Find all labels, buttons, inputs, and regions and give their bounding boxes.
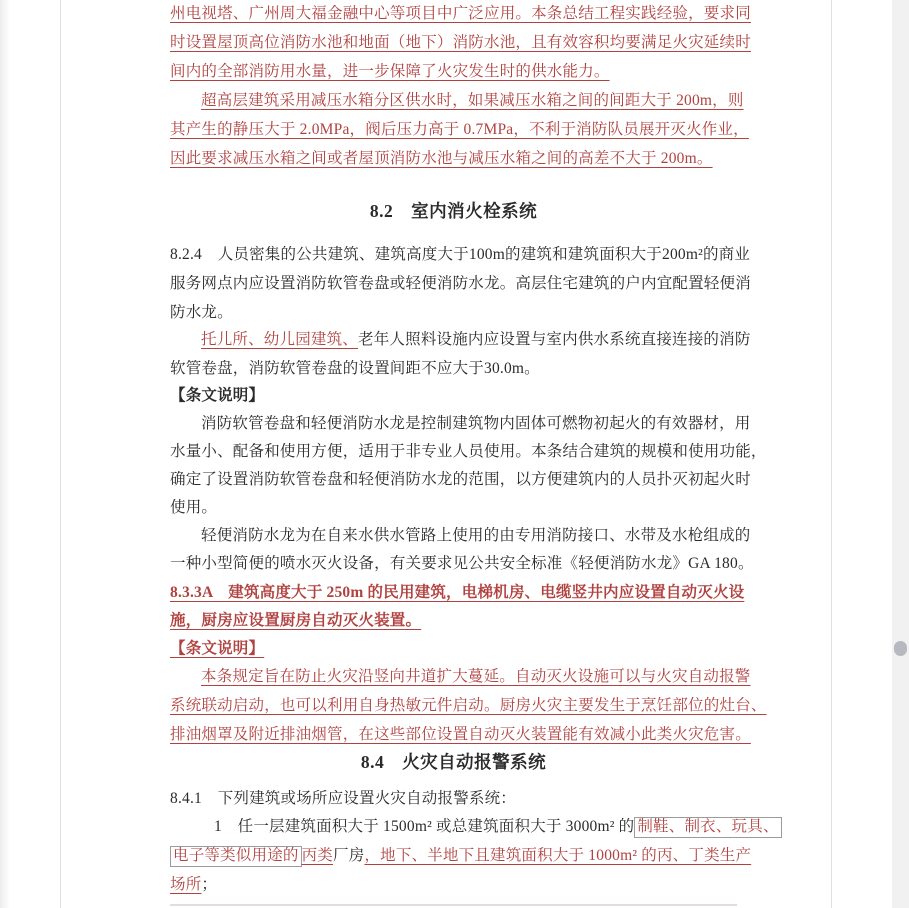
doc-line: 8.3.3A 建筑高度大于 250m 的民用建筑，电梯机房、电缆竖井内应设置自动… (170, 582, 744, 604)
doc-line: 轻便消防水龙为在自来水供水管路上使用的由专用消防接口、水带及水枪组成的 (170, 525, 751, 547)
doc-line: 8.4.1 下列建筑或场所应设置火灾自动报警系统： (170, 788, 516, 810)
body-text: 服务网点内应设置消防软管卷盘或轻便消防水龙。高层住宅建筑的户内宜配置轻便消 (170, 275, 751, 292)
body-text: 轻便消防水龙为在自来水供水管路上使用的由专用消防接口、水带及水枪组成的 (201, 527, 751, 544)
revision-red-text: 施，厨房应设置厨房自动灭火装置。 (170, 612, 421, 629)
doc-line: 【条文说明】 (170, 638, 264, 660)
revision-red-text: 时设置屋顶高位消防水池和地面（地下）消防水池，且有效容积均要满足火灾延续时 (170, 34, 751, 51)
doc-line: 一种小型简便的喷水灭火设备，有关要求见公共安全标准《轻便消防水龙》GA 180。 (170, 553, 754, 575)
doc-line: 1 任一层建筑面积大于 1500m² 或总建筑面积大于 3000m² 的制鞋、制… (170, 816, 782, 838)
doc-line: 8.2 室内消火栓系统 (170, 200, 737, 222)
scrollbar-thumb[interactable] (894, 641, 907, 656)
body-text: 8.2.4 人员密集的公共建筑、建筑高度大于100m的建筑和建筑面积大于200m… (170, 246, 750, 263)
revision-red-text: 间内的全部消防用水量，进一步保障了火灾发生时的供水能力。 (170, 63, 610, 80)
revision-red-text: 州电视塔、广州周大福金融中心等项目中广泛应用。本条总结工程实践经验，要求同 (170, 5, 751, 22)
body-text: ； (201, 876, 217, 893)
body-text: 8.4.1 下列建筑或场所应设置火灾自动报警系统： (170, 790, 516, 807)
doc-line: 服务网点内应设置消防软管卷盘或轻便消防水龙。高层住宅建筑的户内宜配置轻便消 (170, 273, 751, 295)
revision-red-text: 系统联动启动，也可以利用自身热敏元件启动。厨房火灾主要发生于烹饪部位的灶台、 (170, 697, 767, 714)
revision-red-text: 场所 (170, 876, 201, 893)
body-text: 8.2 室内消火栓系统 (370, 201, 537, 221)
doc-line: 电子等类似用途的丙类厂房，地下、半地下且建筑面积大于 1000m² 的丙、丁类生… (170, 845, 751, 867)
doc-line: 防水龙。 (170, 302, 233, 324)
body-text: 使用。 (170, 499, 217, 516)
revision-red-text: 排油烟罩及附近排油烟管，在这些部位设置自动灭火装置能有效减小此类火灾危害。 (170, 726, 751, 743)
doc-line: 本条规定旨在防止火灾沿竖向井道扩大蔓延。自动灭火设施可以与火灾自动报警 (170, 666, 751, 688)
doc-line: 间内的全部消防用水量，进一步保障了火灾发生时的供水能力。 (170, 61, 610, 83)
document-page: 州电视塔、广州周大福金融中心等项目中广泛应用。本条总结工程实践经验，要求同时设置… (170, 0, 737, 908)
body-text: 厂房 (333, 847, 364, 864)
doc-line: 8.2.4 人员密集的公共建筑、建筑高度大于100m的建筑和建筑面积大于200m… (170, 244, 750, 266)
page-left-edge-line (60, 0, 61, 908)
body-text: 消防软管卷盘和轻便消防水龙是控制建筑物内固体可燃物初起火的有效器材，用 (201, 415, 751, 432)
revision-boxed-text: 制鞋、制衣、玩具、 (634, 817, 781, 838)
body-text: 一种小型简便的喷水灭火设备，有关要求见公共安全标准《轻便消防水龙》GA 180。 (170, 555, 754, 572)
doc-line: 8.4 火灾自动报警系统 (170, 751, 737, 773)
doc-line: 施，厨房应设置厨房自动灭火装置。 (170, 610, 421, 632)
doc-line: 超高层建筑采用减压水箱分区供水时，如果减压水箱之间的间距大于 200m，则 (170, 90, 744, 112)
revision-red-text: 托儿所、幼儿园建筑、 (201, 331, 358, 348)
revision-red-text: 其产生的静压大于 2.0MPa，阀后压力高于 0.7MPa，不利于消防队员展开灭… (170, 121, 749, 138)
scrollbar-track[interactable] (892, 0, 909, 908)
body-text: 水量小、配备和使用方便，适用于非专业人员使用。本条结合建筑的规模和使用功能， (170, 443, 767, 460)
doc-line: 使用。 (170, 497, 217, 519)
doc-line: 时设置屋顶高位消防水池和地面（地下）消防水池，且有效容积均要满足火灾延续时 (170, 32, 751, 54)
doc-line: 系统联动启动，也可以利用自身热敏元件启动。厨房火灾主要发生于烹饪部位的灶台、 (170, 695, 767, 717)
revision-red-text: 超高层建筑采用减压水箱分区供水时，如果减压水箱之间的间距大于 200m，则 (201, 92, 744, 109)
revision-boxed-text: 电子等类似用途的 (170, 846, 302, 867)
body-text: 8.4 火灾自动报警系统 (361, 752, 546, 772)
doc-line: 场所； (170, 874, 217, 896)
body-text: 防水龙。 (170, 304, 233, 321)
doc-line: 州电视塔、广州周大福金融中心等项目中广泛应用。本条总结工程实践经验，要求同 (170, 3, 751, 25)
clipped-next-line (170, 904, 737, 906)
doc-line: 排油烟罩及附近排油烟管，在这些部位设置自动灭火装置能有效减小此类火灾危害。 (170, 724, 751, 746)
revision-red-text: 本条规定旨在防止火灾沿竖向井道扩大蔓延。自动灭火设施可以与火灾自动报警 (201, 668, 751, 685)
page-left-shadow (0, 0, 10, 908)
revision-red-text: 【条文说明】 (170, 640, 264, 657)
revision-red-text: 因此要求减压水箱之间或者屋顶消防水池与减压水箱之间的高差不大于 200m。 (170, 150, 713, 167)
doc-line: 托儿所、幼儿园建筑、老年人照料设施内应设置与室内供水系统直接连接的消防 (170, 329, 751, 351)
doc-line: 【条文说明】 (170, 385, 264, 407)
body-text: 1 任一层建筑面积大于 1500m² 或总建筑面积大于 3000m² 的 (214, 818, 634, 835)
body-text: 确定了设置消防软管卷盘和轻便消防水龙的范围，以方便建筑内的人员扑灭初起火时 (170, 471, 751, 488)
body-text: 软管卷盘，消防软管卷盘的设置间距不应大于30.0m。 (170, 360, 540, 377)
revision-red-text: ，地下、半地下且建筑面积大于 1000m² 的丙、丁类生产 (364, 847, 751, 864)
doc-line: 消防软管卷盘和轻便消防水龙是控制建筑物内固体可燃物初起火的有效器材，用 (170, 413, 751, 435)
body-text: 【条文说明】 (170, 387, 264, 404)
doc-line: 软管卷盘，消防软管卷盘的设置间距不应大于30.0m。 (170, 358, 540, 380)
body-text: 老年人照料设施内应设置与室内供水系统直接连接的消防 (358, 331, 751, 348)
page-right-edge-line (831, 0, 832, 908)
revision-red-text: 丙类 (302, 847, 333, 864)
revision-red-text: 8.3.3A 建筑高度大于 250m 的民用建筑，电梯机房、电缆竖井内应设置自动… (170, 584, 744, 601)
doc-line: 其产生的静压大于 2.0MPa，阀后压力高于 0.7MPa，不利于消防队员展开灭… (170, 119, 749, 141)
doc-line: 水量小、配备和使用方便，适用于非专业人员使用。本条结合建筑的规模和使用功能， (170, 441, 767, 463)
doc-line: 因此要求减压水箱之间或者屋顶消防水池与减压水箱之间的高差不大于 200m。 (170, 148, 713, 170)
doc-line: 确定了设置消防软管卷盘和轻便消防水龙的范围，以方便建筑内的人员扑灭初起火时 (170, 469, 751, 491)
